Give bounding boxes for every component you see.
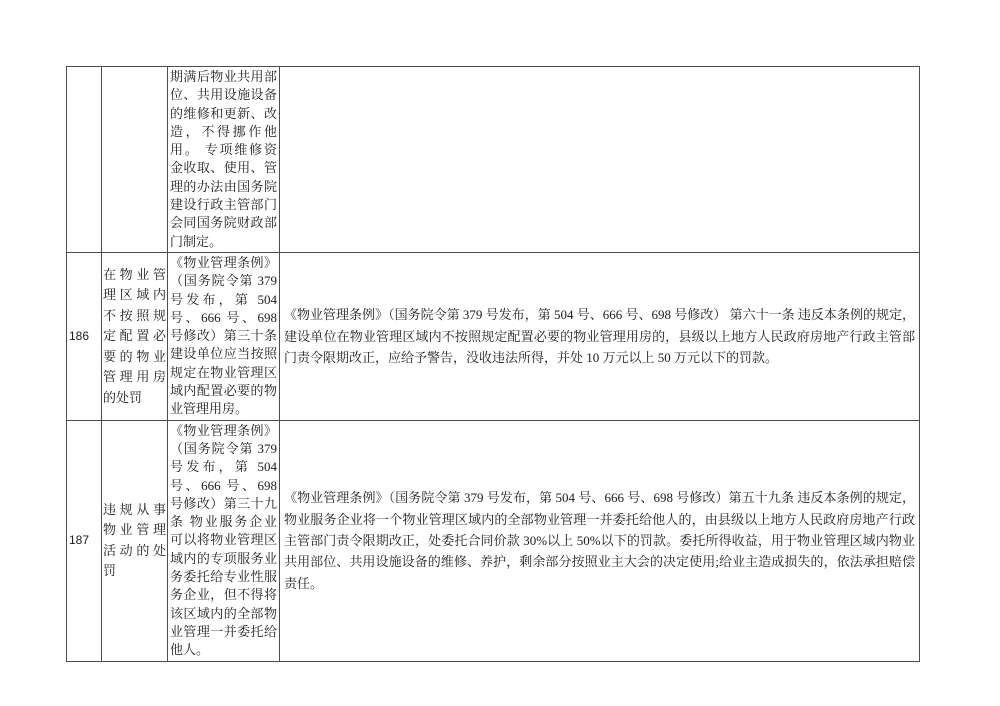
regulation-penalty-table: 期满后物业共用部位、共用设施设备的维修和更新、改造，不得挪作他用。 专项维修资金… [66, 66, 920, 662]
row-number-cell: 186 [67, 252, 102, 420]
table-row: 187 违规从事物业管理活动的处罚 《物业管理条例》（国务院令第 379 号发布… [67, 420, 920, 661]
table-row: 期满后物业共用部位、共用设施设备的维修和更新、改造，不得挪作他用。 专项维修资金… [67, 67, 920, 253]
legal-basis-cell: 《物业管理条例》（国务院令第 379 号发布，第 504 号、666 号、698… [168, 252, 280, 420]
violation-type-cell: 违规从事物业管理活动的处罚 [102, 420, 168, 661]
penalty-provision-cell [280, 67, 920, 253]
legal-basis-cell: 期满后物业共用部位、共用设施设备的维修和更新、改造，不得挪作他用。 专项维修资金… [168, 67, 280, 253]
violation-type-cell: 在物业管理区域内不按照规定配置必要的物业管理用房的处罚 [102, 252, 168, 420]
legal-basis-cell: 《物业管理条例》（国务院令第 379 号发布，第 504 号、666 号、698… [168, 420, 280, 661]
row-number-cell: 187 [67, 420, 102, 661]
table-row: 186 在物业管理区域内不按照规定配置必要的物业管理用房的处罚 《物业管理条例》… [67, 252, 920, 420]
row-number-cell [67, 67, 102, 253]
violation-type-cell [102, 67, 168, 253]
penalty-provision-cell: 《物业管理条例》（国务院令第 379 号发布，第 504 号、666 号、698… [280, 252, 920, 420]
penalty-provision-cell: 《物业管理条例》（国务院令第 379 号发布，第 504 号、666 号、698… [280, 420, 920, 661]
